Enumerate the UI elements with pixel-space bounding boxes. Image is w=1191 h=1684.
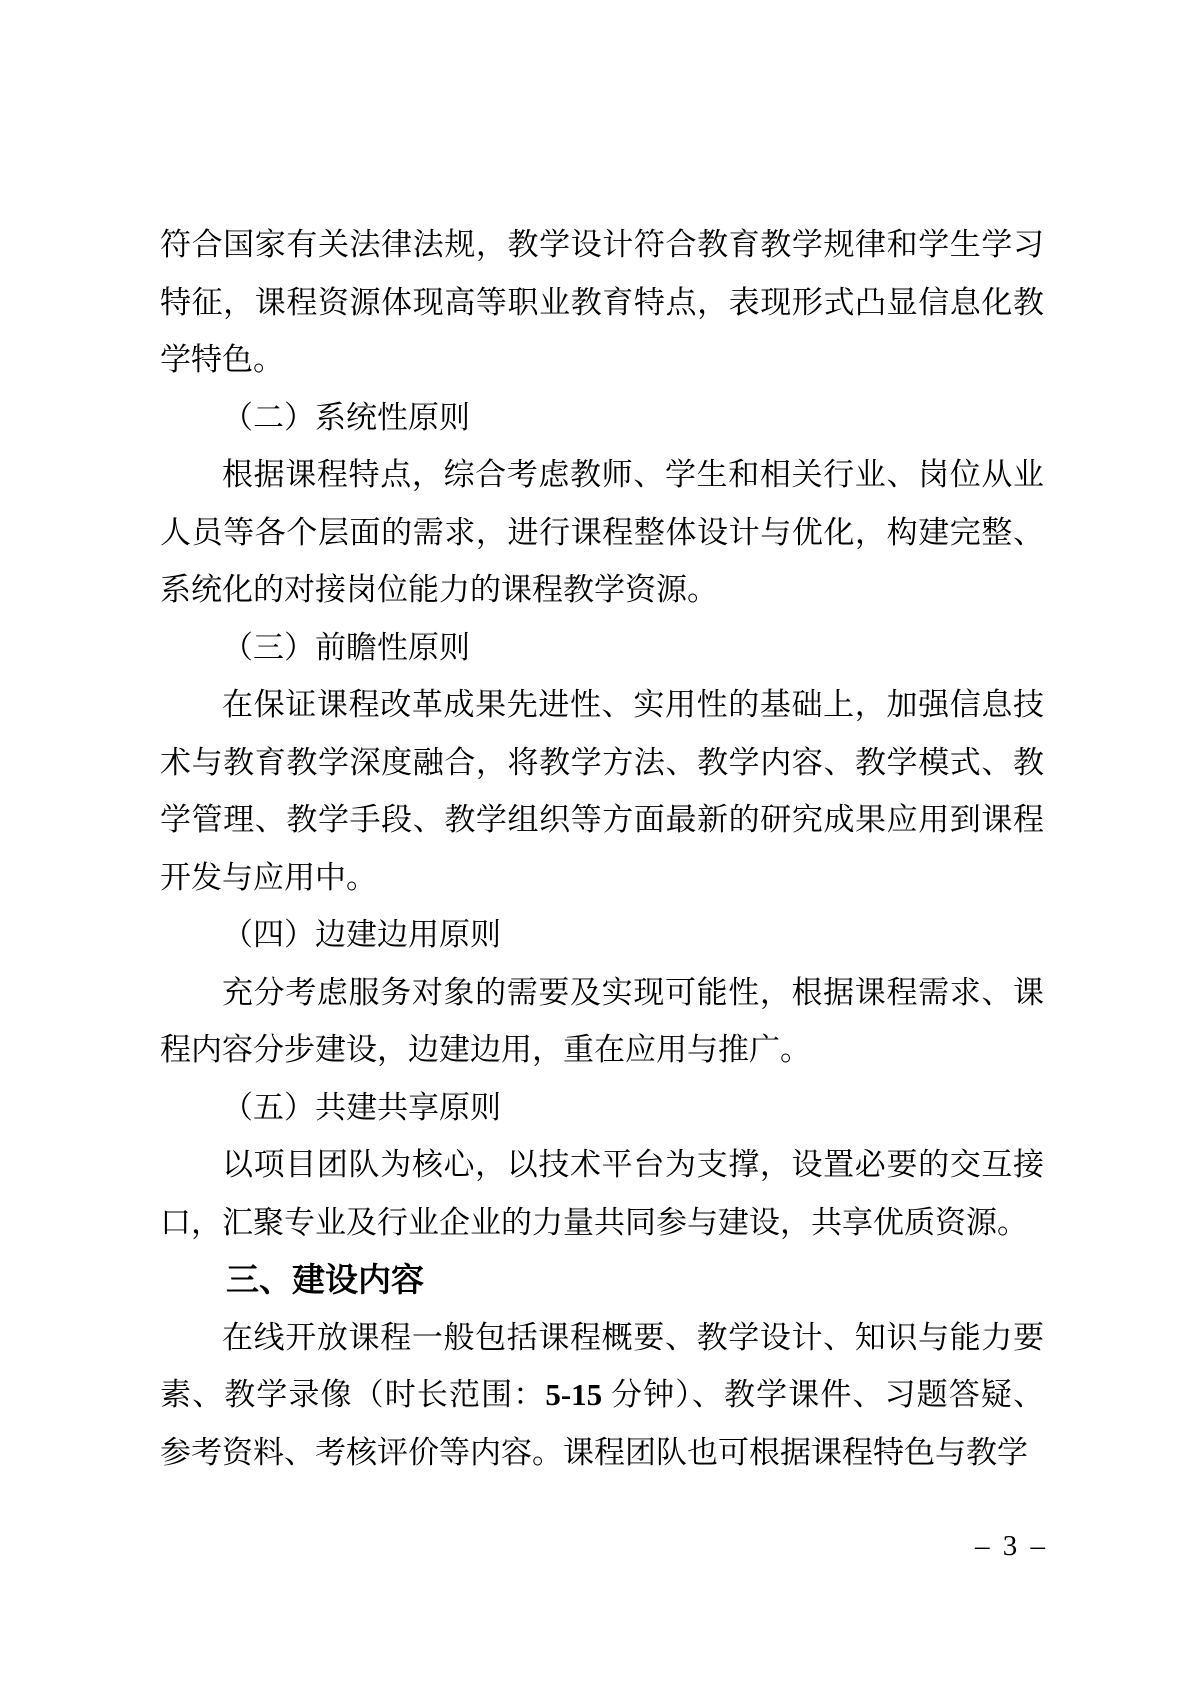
paragraph-section-3: 在保证课程改革成果先进性、实用性的基础上，加强信息技术与教育教学深度融合，将教学… (160, 676, 1044, 906)
duration-range-value: 5-15 (545, 1377, 602, 1412)
paragraph-chapter-intro: 在线开放课程一般包括课程概要、教学设计、知识与能力要素、教学录像（时长范围：5-… (160, 1309, 1044, 1482)
section-heading-5: （五）共建共享原则 (160, 1079, 1044, 1137)
document-page: 符合国家有关法律法规，教学设计符合教育教学规律和学生学习特征，课程资源体现高等职… (0, 0, 1191, 1684)
chapter-heading: 三、建设内容 (160, 1251, 1044, 1309)
paragraph-continuation: 符合国家有关法律法规，教学设计符合教育教学规律和学生学习特征，课程资源体现高等职… (160, 216, 1044, 389)
section-heading-4: （四）边建边用原则 (160, 906, 1044, 964)
document-body: 符合国家有关法律法规，教学设计符合教育教学规律和学生学习特征，课程资源体现高等职… (160, 216, 1044, 1481)
paragraph-section-5: 以项目团队为核心，以技术平台为支撑，设置必要的交互接口，汇聚专业及行业企业的力量… (160, 1136, 1044, 1251)
section-heading-2: （二）系统性原则 (160, 389, 1044, 447)
paragraph-section-4: 充分考虑服务对象的需要及实现可能性，根据课程需求、课程内容分步建设，边建边用，重… (160, 964, 1044, 1079)
section-heading-3: （三）前瞻性原则 (160, 619, 1044, 677)
paragraph-section-2: 根据课程特点，综合考虑教师、学生和相关行业、岗位从业人员等各个层面的需求，进行课… (160, 446, 1044, 619)
page-number: – 3 – (975, 1528, 1045, 1564)
